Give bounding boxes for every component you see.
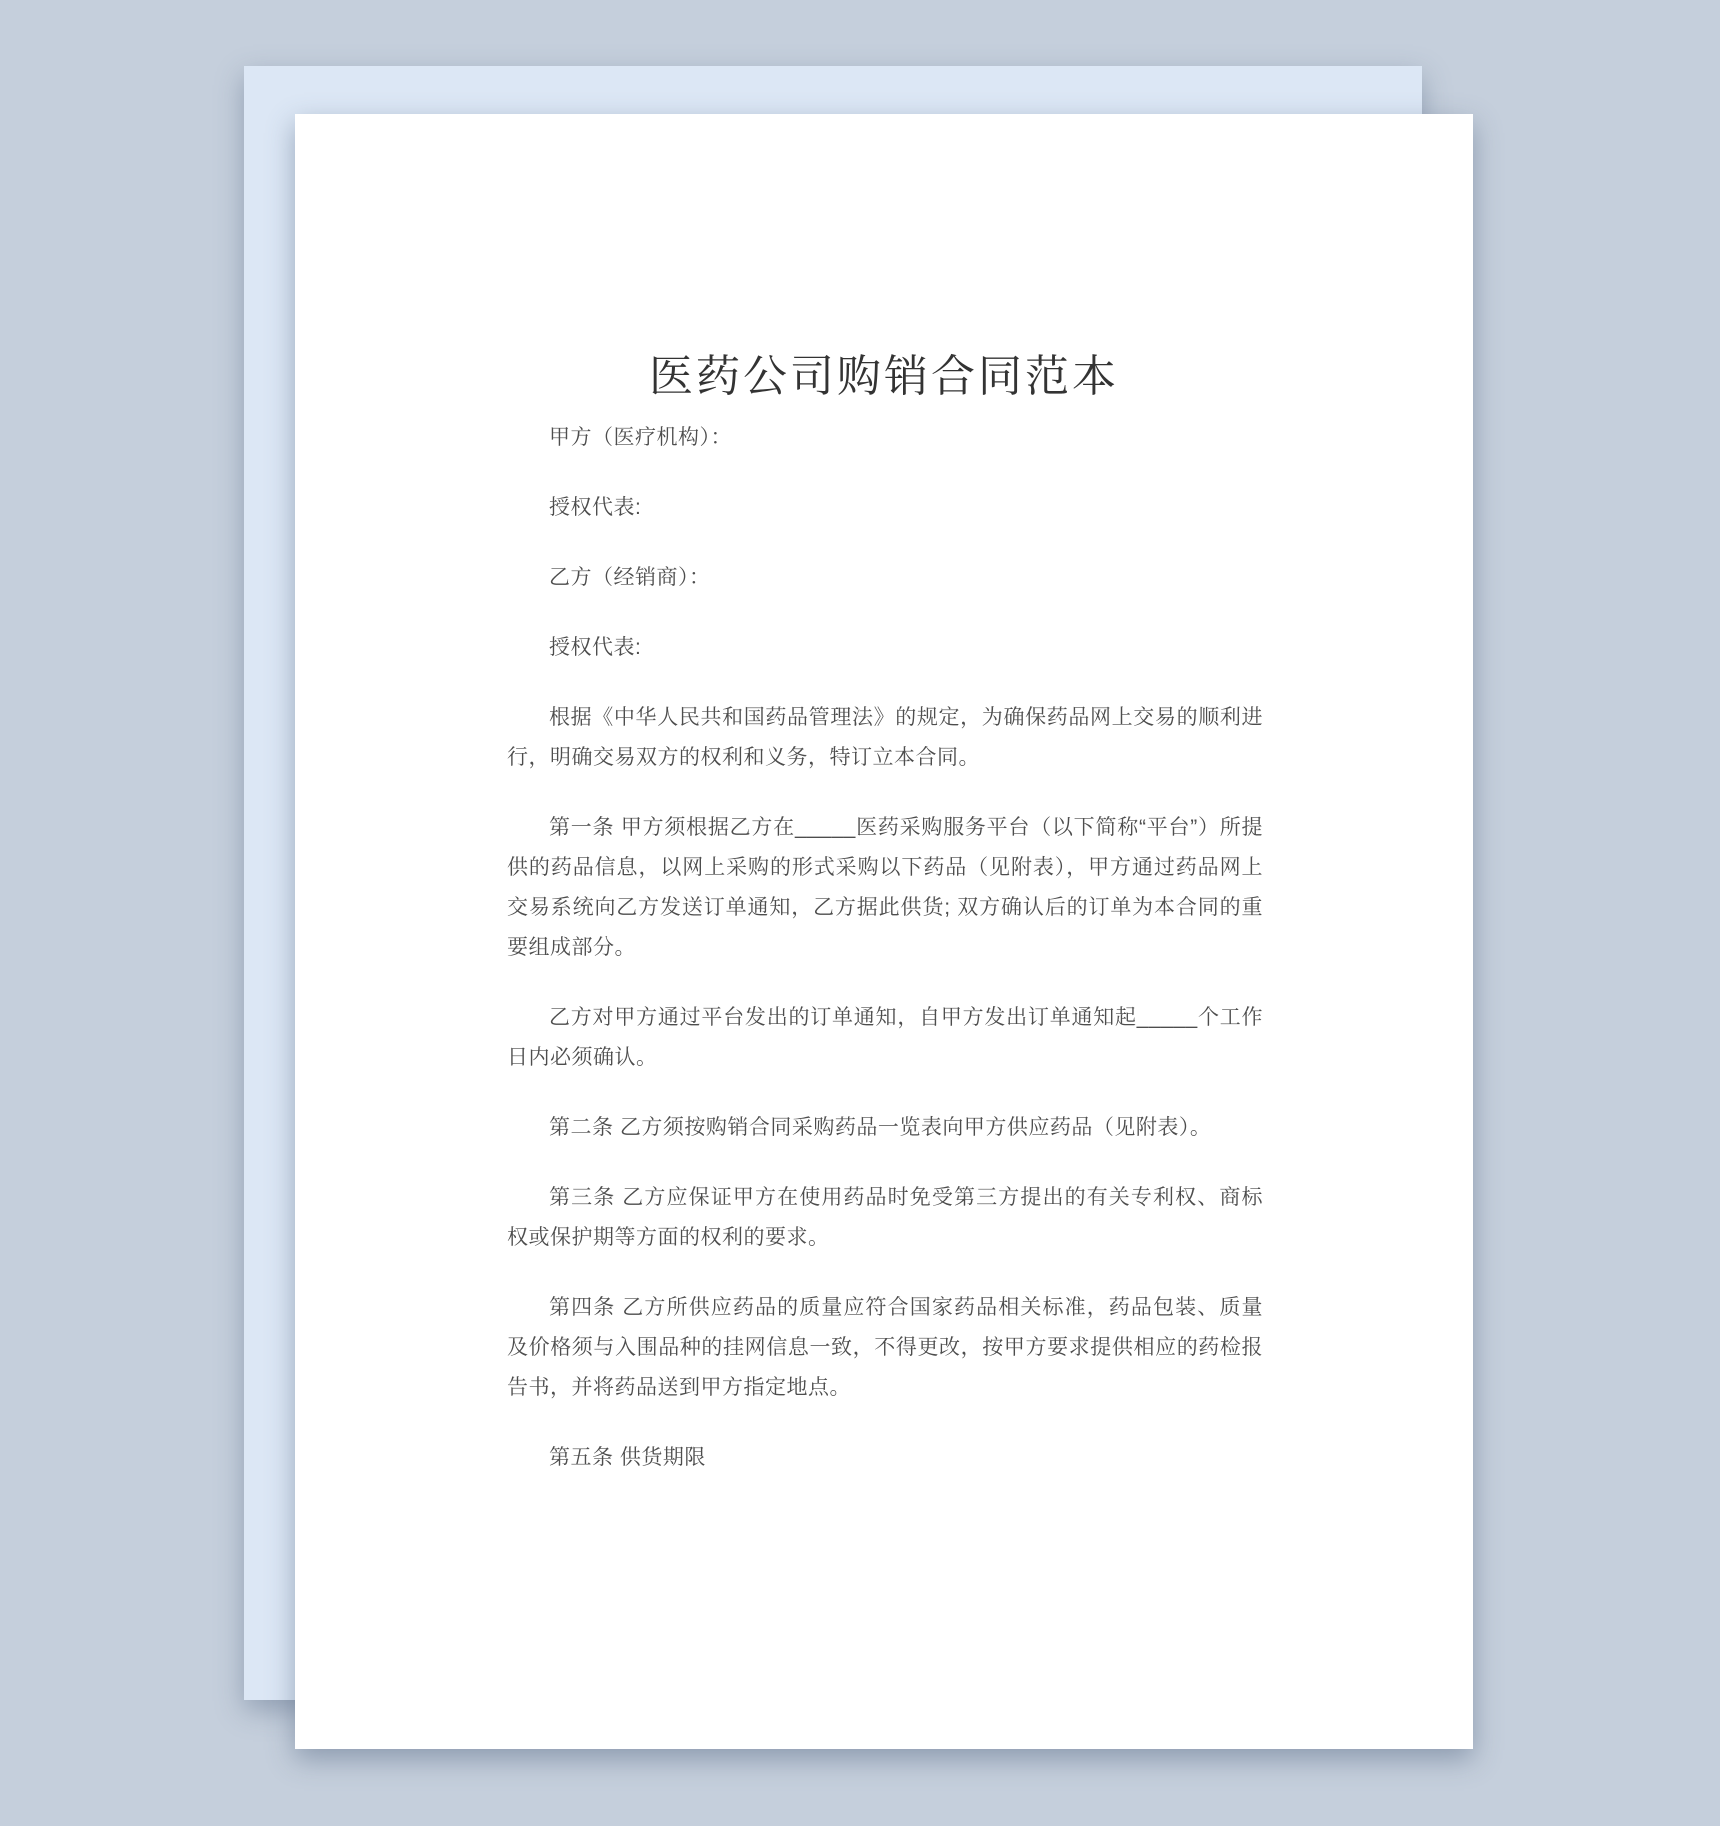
contract-paragraph: 第三条 乙方应保证甲方在使用药品时免受第三方提出的有关专利权、商标权或保护期等方… — [507, 1178, 1263, 1258]
contract-paragraph: 第二条 乙方须按购销合同采购药品一览表向甲方供应药品（见附表）。 — [507, 1108, 1263, 1148]
contract-paragraph: 第四条 乙方所供应药品的质量应符合国家药品相关标准，药品包装、质量及价格须与入围… — [507, 1288, 1263, 1408]
contract-body: 甲方（医疗机构）：授权代表:乙方（经销商）：授权代表:根据《中华人民共和国药品管… — [507, 418, 1263, 1508]
contract-paragraph: 甲方（医疗机构）： — [507, 418, 1263, 458]
contract-title: 医药公司购销合同范本 — [295, 340, 1473, 404]
document-front-page: 医药公司购销合同范本 甲方（医疗机构）：授权代表:乙方（经销商）：授权代表:根据… — [295, 114, 1473, 1749]
contract-paragraph: 授权代表: — [507, 628, 1263, 668]
contract-paragraph: 授权代表: — [507, 488, 1263, 528]
contract-paragraph: 乙方对甲方通过平台发出的订单通知，自甲方发出订单通知起_____个工作日内必须确… — [507, 998, 1263, 1078]
contract-paragraph: 第五条 供货期限 — [507, 1438, 1263, 1478]
contract-paragraph: 乙方（经销商）： — [507, 558, 1263, 598]
desktop-background: 医药公司购销合同范本 甲方（医疗机构）：授权代表:乙方（经销商）：授权代表:根据… — [0, 0, 1720, 1826]
contract-paragraph: 根据《中华人民共和国药品管理法》的规定，为确保药品网上交易的顺利进行，明确交易双… — [507, 698, 1263, 778]
contract-paragraph: 第一条 甲方须根据乙方在_____医药采购服务平台（以下简称“平台”）所提供的药… — [507, 808, 1263, 968]
